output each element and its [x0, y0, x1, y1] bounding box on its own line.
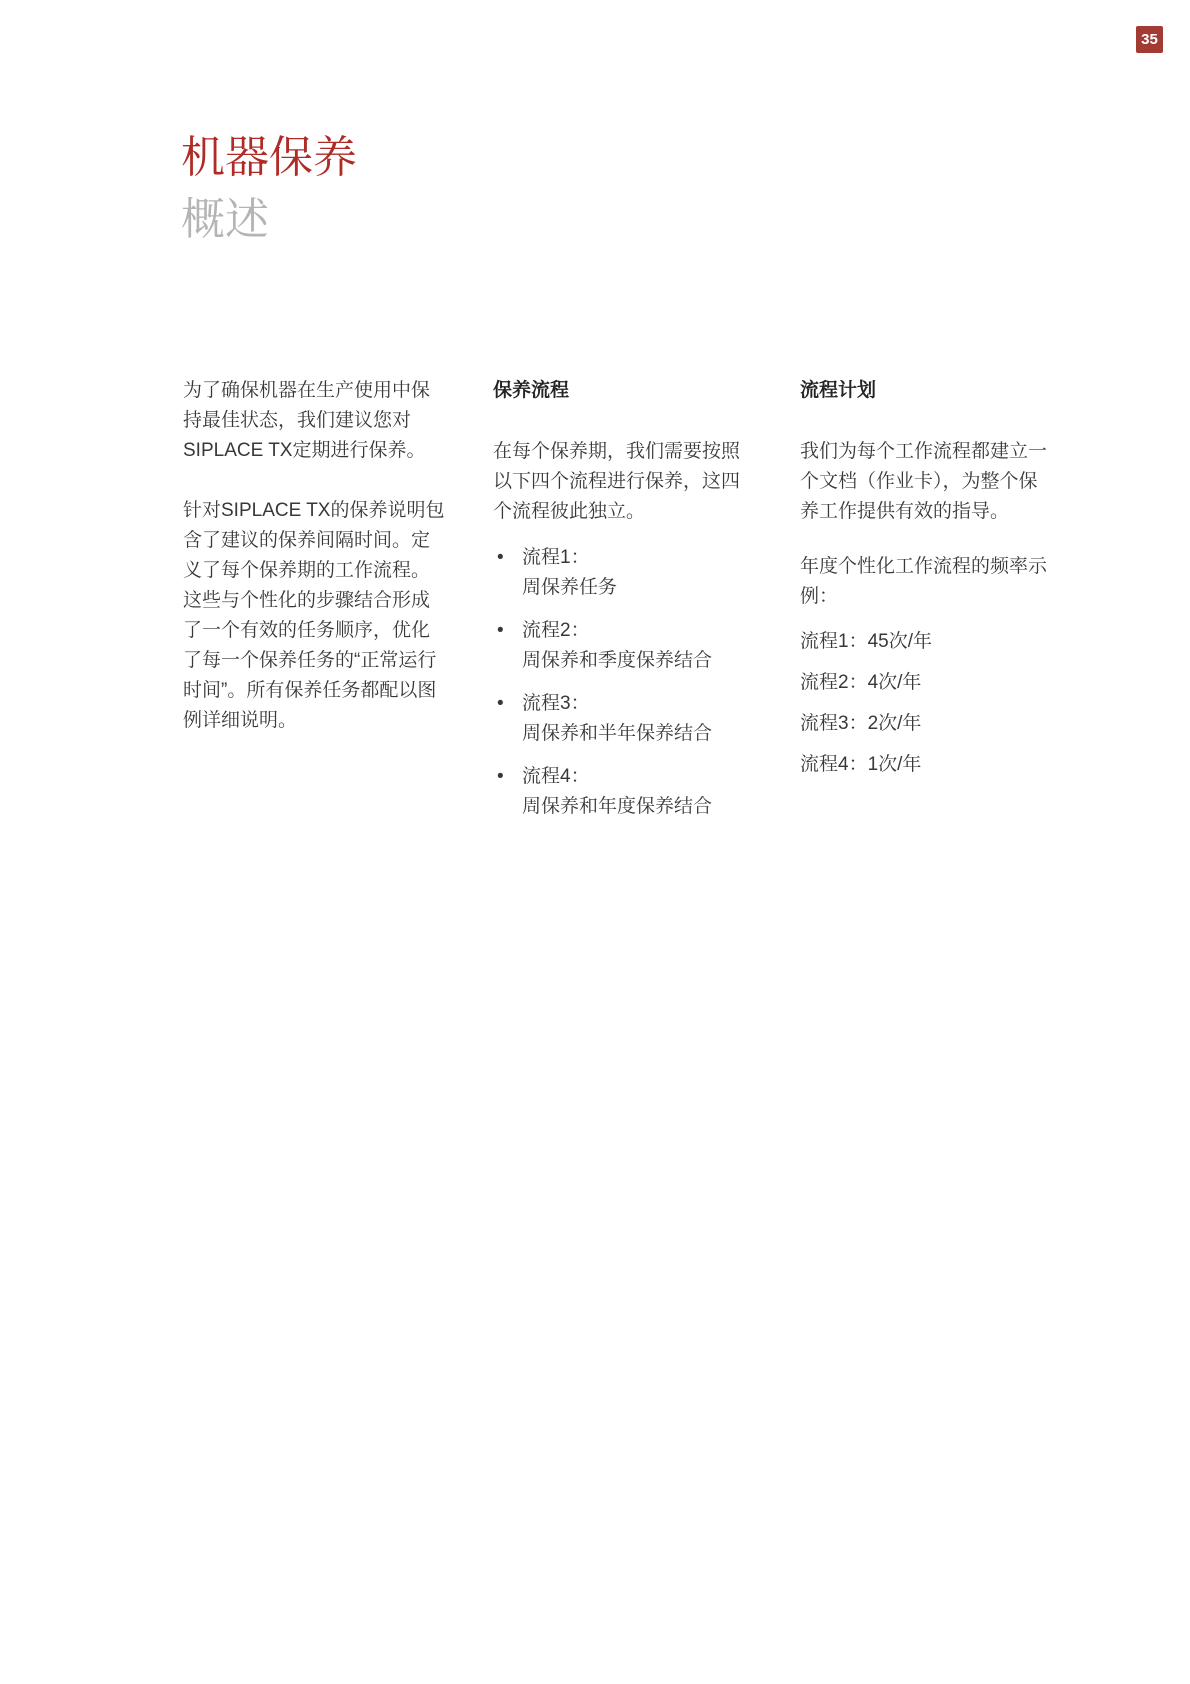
intro-column: 为了确保机器在生产使用中保持最佳状态，我们建议您对SIPLACE TX定期进行保…	[183, 376, 447, 736]
page-number-badge: 35	[1136, 26, 1163, 53]
process-heading: 保养流程	[493, 376, 743, 406]
bullet-label: 流程2：	[522, 616, 712, 646]
plan-column: 流程计划 我们为每个工作流程都建立一个文档（作业卡），为整个保养工作提供有效的指…	[800, 376, 1050, 780]
process-paragraph: 在每个保养期，我们需要按照以下四个流程进行保养，这四个流程彼此独立。	[493, 437, 743, 527]
intro-paragraph-1: 为了确保机器在生产使用中保持最佳状态，我们建议您对SIPLACE TX定期进行保…	[183, 376, 447, 466]
page-subtitle: 概述	[181, 193, 357, 247]
list-item: • 流程2： 周保养和季度保养结合	[493, 616, 743, 676]
document-page: 35 机器保养 概述 为了确保机器在生产使用中保持最佳状态，我们建议您对SIPL…	[0, 0, 1190, 1684]
plan-heading: 流程计划	[800, 376, 1050, 406]
title-block: 机器保养 概述	[181, 131, 357, 247]
bullet-label: 流程4：	[522, 762, 712, 792]
process-column: 保养流程 在每个保养期，我们需要按照以下四个流程进行保养，这四个流程彼此独立。 …	[493, 376, 743, 835]
bullet-label: 流程1：	[522, 543, 617, 573]
frequency-item: 流程1：45次/年	[800, 627, 1050, 657]
frequency-item: 流程3：2次/年	[800, 709, 1050, 739]
page-title: 机器保养	[181, 131, 357, 185]
list-item: • 流程4： 周保养和年度保养结合	[493, 762, 743, 822]
bullet-icon: •	[497, 543, 522, 573]
process-bullet-list: • 流程1： 周保养任务 • 流程2： 周保养和季度保养结合 • 流程3： 周保…	[493, 543, 743, 822]
frequency-item: 流程4：1次/年	[800, 750, 1050, 780]
bullet-icon: •	[497, 762, 522, 792]
intro-paragraph-2: 针对SIPLACE TX的保养说明包含了建议的保养间隔时间。定义了每个保养期的工…	[183, 496, 447, 736]
bullet-desc: 周保养和年度保养结合	[522, 792, 712, 822]
bullet-icon: •	[497, 689, 522, 719]
frequency-intro: 年度个性化工作流程的频率示例：	[800, 552, 1050, 612]
bullet-desc: 周保养和半年保养结合	[522, 719, 712, 749]
frequency-item: 流程2：4次/年	[800, 668, 1050, 698]
list-item: • 流程3： 周保养和半年保养结合	[493, 689, 743, 749]
bullet-desc: 周保养和季度保养结合	[522, 646, 712, 676]
plan-paragraph: 我们为每个工作流程都建立一个文档（作业卡），为整个保养工作提供有效的指导。	[800, 437, 1050, 527]
bullet-label: 流程3：	[522, 689, 712, 719]
list-item: • 流程1： 周保养任务	[493, 543, 743, 603]
bullet-desc: 周保养任务	[522, 573, 617, 603]
bullet-icon: •	[497, 616, 522, 646]
